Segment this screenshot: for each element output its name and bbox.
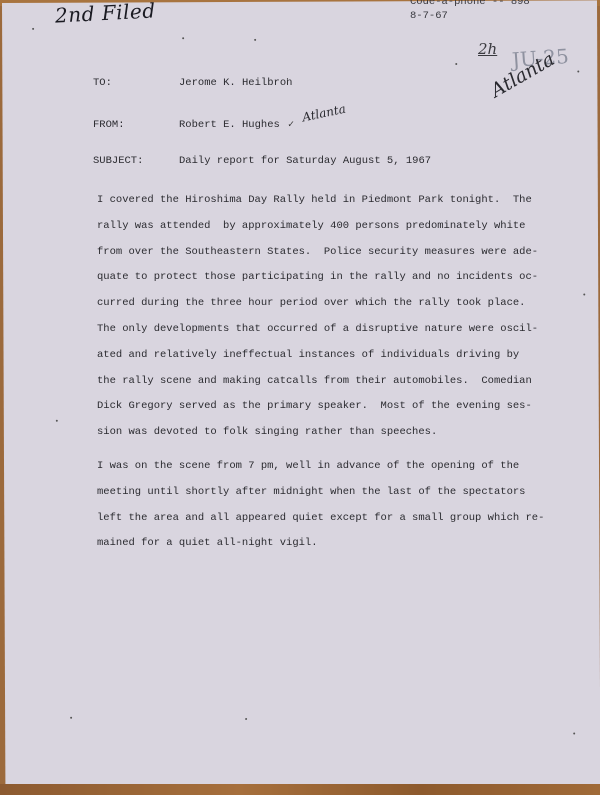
body-paragraph-1: I covered the Hiroshima Day Rally held i… [97, 194, 538, 452]
text-line: the rally scene and making catcalls from… [97, 375, 538, 401]
paper-speck [573, 733, 575, 735]
paper-speck [577, 70, 579, 72]
paper-speck [32, 28, 34, 30]
text-line: I covered the Hiroshima Day Rally held i… [97, 194, 538, 220]
subject-label: SUBJECT: [93, 155, 143, 167]
text-line: mained for a quiet all-night vigil. [97, 537, 544, 563]
text-line: rally was attended by approximately 400 … [97, 220, 538, 246]
text-line: curred during the three hour period over… [97, 297, 538, 323]
text-line: Dick Gregory served as the primary speak… [97, 400, 538, 426]
subject-value: Daily report for Saturday August 5, 1967 [179, 155, 431, 167]
desk-surface-bottom [0, 784, 600, 795]
paper-speck [56, 420, 58, 422]
paper-speck [182, 37, 184, 39]
text-line: sion was devoted to folk singing rather … [97, 426, 538, 452]
text-line: meeting until shortly after midnight whe… [97, 486, 544, 512]
paper-speck [70, 717, 72, 719]
paper-speck [583, 293, 585, 295]
paper-speck [254, 39, 256, 41]
to-label: TO: [93, 77, 112, 89]
paper-speck [455, 63, 457, 65]
text-line: I was on the scene from 7 pm, well in ad… [97, 460, 544, 486]
from-value: Robert E. Hughes [179, 119, 280, 131]
code-a-phone-line: Code-a-phone -- 898 [410, 0, 530, 8]
stamp-date: 8-7-67 [410, 10, 448, 22]
to-value: Jerome K. Heilbron [179, 77, 292, 89]
check-mark-icon: ✓ [288, 119, 294, 131]
paper-speck [245, 718, 247, 720]
tick-marks: ⁝ [286, 80, 289, 85]
text-line: left the area and all appeared quiet exc… [97, 512, 544, 538]
body-paragraph-2: I was on the scene from 7 pm, well in ad… [97, 460, 544, 563]
text-line: quate to protect those participating in … [97, 271, 538, 297]
text-line: from over the Southeastern States. Polic… [97, 246, 538, 272]
text-line: The only developments that occurred of a… [97, 323, 538, 349]
from-label: FROM: [93, 119, 125, 131]
text-line: ated and relatively ineffectual instance… [97, 349, 538, 375]
handwritten-number-mark: 2h [478, 40, 497, 58]
